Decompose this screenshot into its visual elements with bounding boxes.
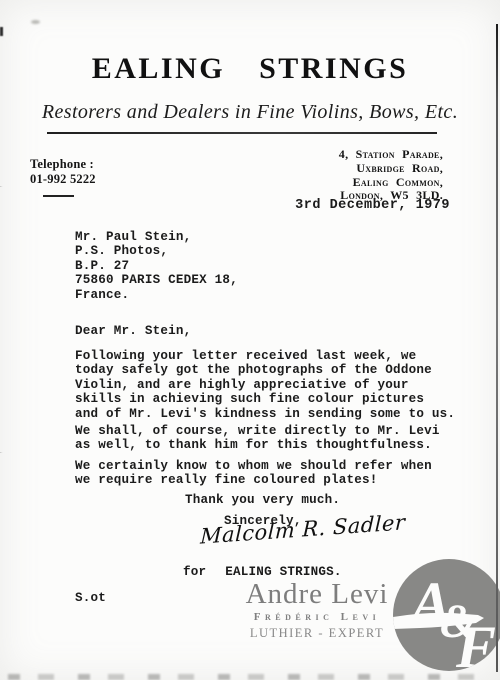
telephone-label: Telephone : xyxy=(30,157,96,172)
telephone-number: 01-992 5222 xyxy=(30,172,96,187)
telephone-block: Telephone : 01-992 5222 xyxy=(30,157,96,187)
logo-letter-f: F xyxy=(455,614,496,673)
salutation: Dear Mr. Stein, xyxy=(75,324,191,338)
af-monogram-logo: A & F xyxy=(392,557,500,673)
recipient-address: Mr. Paul Stein, P.S. Photos, B.P. 27 758… xyxy=(75,230,238,302)
letter-page: EALING STRINGS Restorers and Dealers in … xyxy=(0,0,500,680)
watermark-subname: Frédéric Levi xyxy=(238,611,396,623)
scan-edge-line xyxy=(496,24,498,672)
cutoff-text-row xyxy=(8,674,486,680)
for-label: for xyxy=(183,565,206,579)
telephone-underline xyxy=(43,195,74,197)
scan-artifact-arc-1 xyxy=(0,185,9,205)
watermark-role: LUTHIER - EXPERT xyxy=(238,626,396,641)
scan-artifact-tick xyxy=(0,27,3,36)
watermark-name: Andre Levi xyxy=(238,578,396,611)
scan-artifact-arc-2 xyxy=(0,451,9,471)
body-paragraph-1: Following your letter received last week… xyxy=(75,349,455,421)
tagline-underline xyxy=(47,132,437,134)
sender-address: 4, Station Parade, Uxbridge Road, Ealing… xyxy=(339,148,443,203)
typist-reference: S.ot xyxy=(75,591,106,605)
letter-date: 3rd December, 1979 xyxy=(295,199,450,213)
body-paragraph-3: We certainly know to whom we should refe… xyxy=(75,459,432,488)
signed-for-line: forEALING STRINGS. xyxy=(183,551,342,580)
scan-artifact-smudge xyxy=(31,20,40,24)
body-paragraph-2: We shall, of course, write directly to M… xyxy=(75,424,440,453)
thanks-line: Thank you very much. xyxy=(185,493,340,507)
company-tagline: Restorers and Dealers in Fine Violins, B… xyxy=(0,101,500,124)
company-name: EALING STRINGS xyxy=(0,52,500,86)
